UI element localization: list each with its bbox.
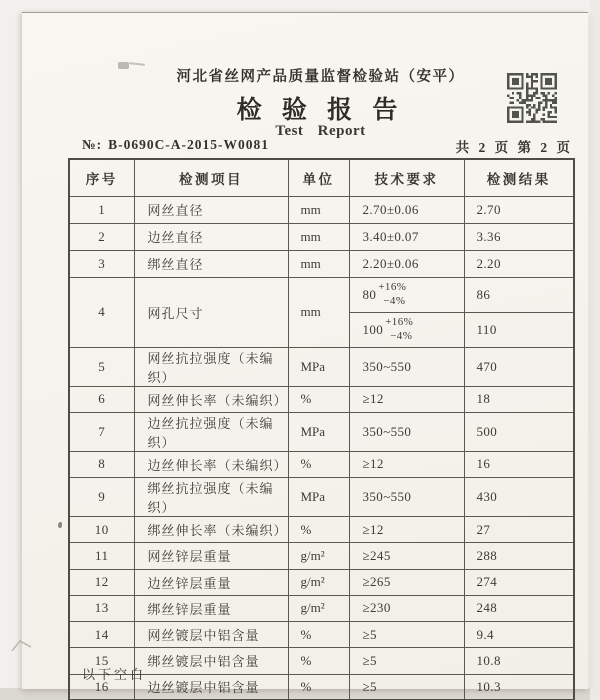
table-row: 5网丝抗拉强度（未编织）MPa350~550470 (69, 347, 574, 386)
column-header: 序号 (69, 159, 134, 196)
report-title: 检 验 报 告 (68, 90, 573, 126)
cell-item: 边丝直径 (134, 223, 288, 250)
header-row: 序号检测项目单位技术要求检测结果 (69, 159, 574, 196)
cell-result: 110 (464, 312, 574, 347)
cell-seq: 7 (69, 412, 134, 451)
cell-result: 500 (464, 412, 574, 451)
report-number-value: B-0690C-A-2015-W0081 (108, 137, 269, 152)
table-row: 1网丝直径mm2.70±0.062.70 (69, 196, 574, 223)
column-header: 单位 (288, 159, 349, 196)
table-row: 12边丝锌层重量g/m²≥265274 (69, 569, 574, 595)
cell-item: 边丝伸长率（未编织） (134, 451, 288, 477)
column-header: 技术要求 (349, 159, 464, 196)
cell-requirement: ≥5 (349, 648, 464, 674)
cell-result: 10.3 (464, 674, 574, 700)
cell-requirement: ≥5 (349, 622, 464, 648)
cell-seq: 14 (69, 622, 134, 648)
column-header: 检测结果 (464, 159, 574, 196)
report-number-label: №: (82, 137, 102, 152)
cell-unit: g/m² (288, 595, 349, 621)
cell-result: 2.70 (464, 196, 574, 223)
cell-result: 470 (464, 347, 574, 386)
qr-code-icon (507, 73, 557, 123)
cell-result: 288 (464, 543, 574, 569)
cell-unit: % (288, 517, 349, 543)
report-number: №:B-0690C-A-2015-W0081 (82, 137, 275, 153)
scan-dot-mark (58, 522, 62, 528)
cell-result: 2.20 (464, 250, 574, 277)
cell-result: 86 (464, 277, 574, 312)
cell-unit: g/m² (288, 543, 349, 569)
cell-unit: mm (288, 223, 349, 250)
cell-unit: % (288, 386, 349, 412)
cell-seq: 11 (69, 543, 134, 569)
results-table-body: 1网丝直径mm2.70±0.062.702边丝直径mm3.40±0.073.36… (69, 196, 574, 700)
table-row: 4网孔尺寸mm80+16%−4%86 (69, 277, 574, 312)
table-row: 11网丝锌层重量g/m²≥245288 (69, 543, 574, 569)
cell-requirement: ≥5 (349, 674, 464, 700)
scan-right-edge (590, 0, 600, 700)
cell-result: 430 (464, 478, 574, 517)
table-row: 14网丝镀层中铝含量%≥59.4 (69, 622, 574, 648)
table-row: 2边丝直径mm3.40±0.073.36 (69, 223, 574, 250)
cell-item: 绑丝镀层中铝含量 (134, 648, 288, 674)
cell-result: 248 (464, 595, 574, 621)
scan-chevron-mark (10, 638, 34, 654)
cell-item: 绑丝伸长率（未编织） (134, 517, 288, 543)
cell-unit: MPa (288, 412, 349, 451)
cell-item: 绑丝锌层重量 (134, 595, 288, 621)
cell-requirement: ≥230 (349, 595, 464, 621)
cell-requirement: ≥12 (349, 386, 464, 412)
cell-seq: 10 (69, 517, 134, 543)
cell-item: 边丝锌层重量 (134, 569, 288, 595)
cell-item: 网丝锌层重量 (134, 543, 288, 569)
cell-requirement: 350~550 (349, 478, 464, 517)
cell-requirement: 80+16%−4% (349, 277, 464, 312)
cell-unit: mm (288, 277, 349, 347)
results-table-head: 序号检测项目单位技术要求检测结果 (69, 159, 574, 196)
cell-unit: MPa (288, 347, 349, 386)
cell-unit: % (288, 451, 349, 477)
table-row: 8边丝伸长率（未编织）%≥1216 (69, 451, 574, 477)
cell-seq: 3 (69, 250, 134, 277)
cell-seq: 2 (69, 223, 134, 250)
cell-requirement: ≥265 (349, 569, 464, 595)
cell-result: 16 (464, 451, 574, 477)
column-header: 检测项目 (134, 159, 288, 196)
cell-requirement: ≥245 (349, 543, 464, 569)
cell-item: 绑丝直径 (134, 250, 288, 277)
cell-requirement: ≥12 (349, 451, 464, 477)
footer-note: 以下空白 (82, 664, 146, 683)
cell-unit: % (288, 648, 349, 674)
cell-item: 边丝抗拉强度（未编织） (134, 412, 288, 451)
cell-result: 27 (464, 517, 574, 543)
report-page: 河北省丝网产品质量监督检验站（安平） 检 验 报 告 Test Report №… (22, 12, 588, 689)
cell-result: 18 (464, 386, 574, 412)
report-header: 河北省丝网产品质量监督检验站（安平） 检 验 报 告 Test Report (68, 13, 573, 153)
table-row: 13绑丝锌层重量g/m²≥230248 (69, 595, 574, 621)
cell-seq: 13 (69, 595, 134, 621)
cell-seq: 5 (69, 347, 134, 386)
cell-unit: mm (288, 196, 349, 223)
cell-seq: 12 (69, 569, 134, 595)
cell-seq: 1 (69, 196, 134, 223)
cell-item: 网丝抗拉强度（未编织） (134, 347, 288, 386)
cell-item: 网丝伸长率（未编织） (134, 386, 288, 412)
cell-requirement: ≥12 (349, 517, 464, 543)
cell-unit: % (288, 622, 349, 648)
cell-item: 网孔尺寸 (134, 277, 288, 347)
cell-result: 274 (464, 569, 574, 595)
cell-requirement: 2.70±0.06 (349, 196, 464, 223)
cell-item: 网丝直径 (134, 196, 288, 223)
cell-requirement: 3.40±0.07 (349, 223, 464, 250)
cell-seq: 6 (69, 386, 134, 412)
cell-unit: % (288, 674, 349, 700)
cell-seq: 8 (69, 451, 134, 477)
table-row: 6网丝伸长率（未编织）%≥1218 (69, 386, 574, 412)
cell-requirement: 350~550 (349, 347, 464, 386)
cell-unit: mm (288, 250, 349, 277)
cell-result: 10.8 (464, 648, 574, 674)
page-indicator: 共 2 页 第 2 页 (456, 136, 573, 156)
cell-requirement: 350~550 (349, 412, 464, 451)
cell-requirement: 100+16%−4% (349, 312, 464, 347)
cell-unit: MPa (288, 478, 349, 517)
cell-item: 网丝镀层中铝含量 (134, 622, 288, 648)
cell-item: 绑丝抗拉强度（未编织） (134, 478, 288, 517)
cell-result: 3.36 (464, 223, 574, 250)
cell-unit: g/m² (288, 569, 349, 595)
cell-seq: 9 (69, 478, 134, 517)
table-row: 3绑丝直径mm2.20±0.062.20 (69, 250, 574, 277)
table-row: 7边丝抗拉强度（未编织）MPa350~550500 (69, 412, 574, 451)
org-name: 河北省丝网产品质量监督检验站（安平） (68, 65, 573, 86)
cell-seq: 4 (69, 277, 134, 347)
cell-result: 9.4 (464, 622, 574, 648)
table-row: 10绑丝伸长率（未编织）%≥1227 (69, 517, 574, 543)
cell-requirement: 2.20±0.06 (349, 250, 464, 277)
cell-item: 边丝镀层中铝含量 (134, 674, 288, 700)
table-row: 9绑丝抗拉强度（未编织）MPa350~550430 (69, 478, 574, 517)
results-table: 序号检测项目单位技术要求检测结果 1网丝直径mm2.70±0.062.702边丝… (68, 158, 575, 700)
